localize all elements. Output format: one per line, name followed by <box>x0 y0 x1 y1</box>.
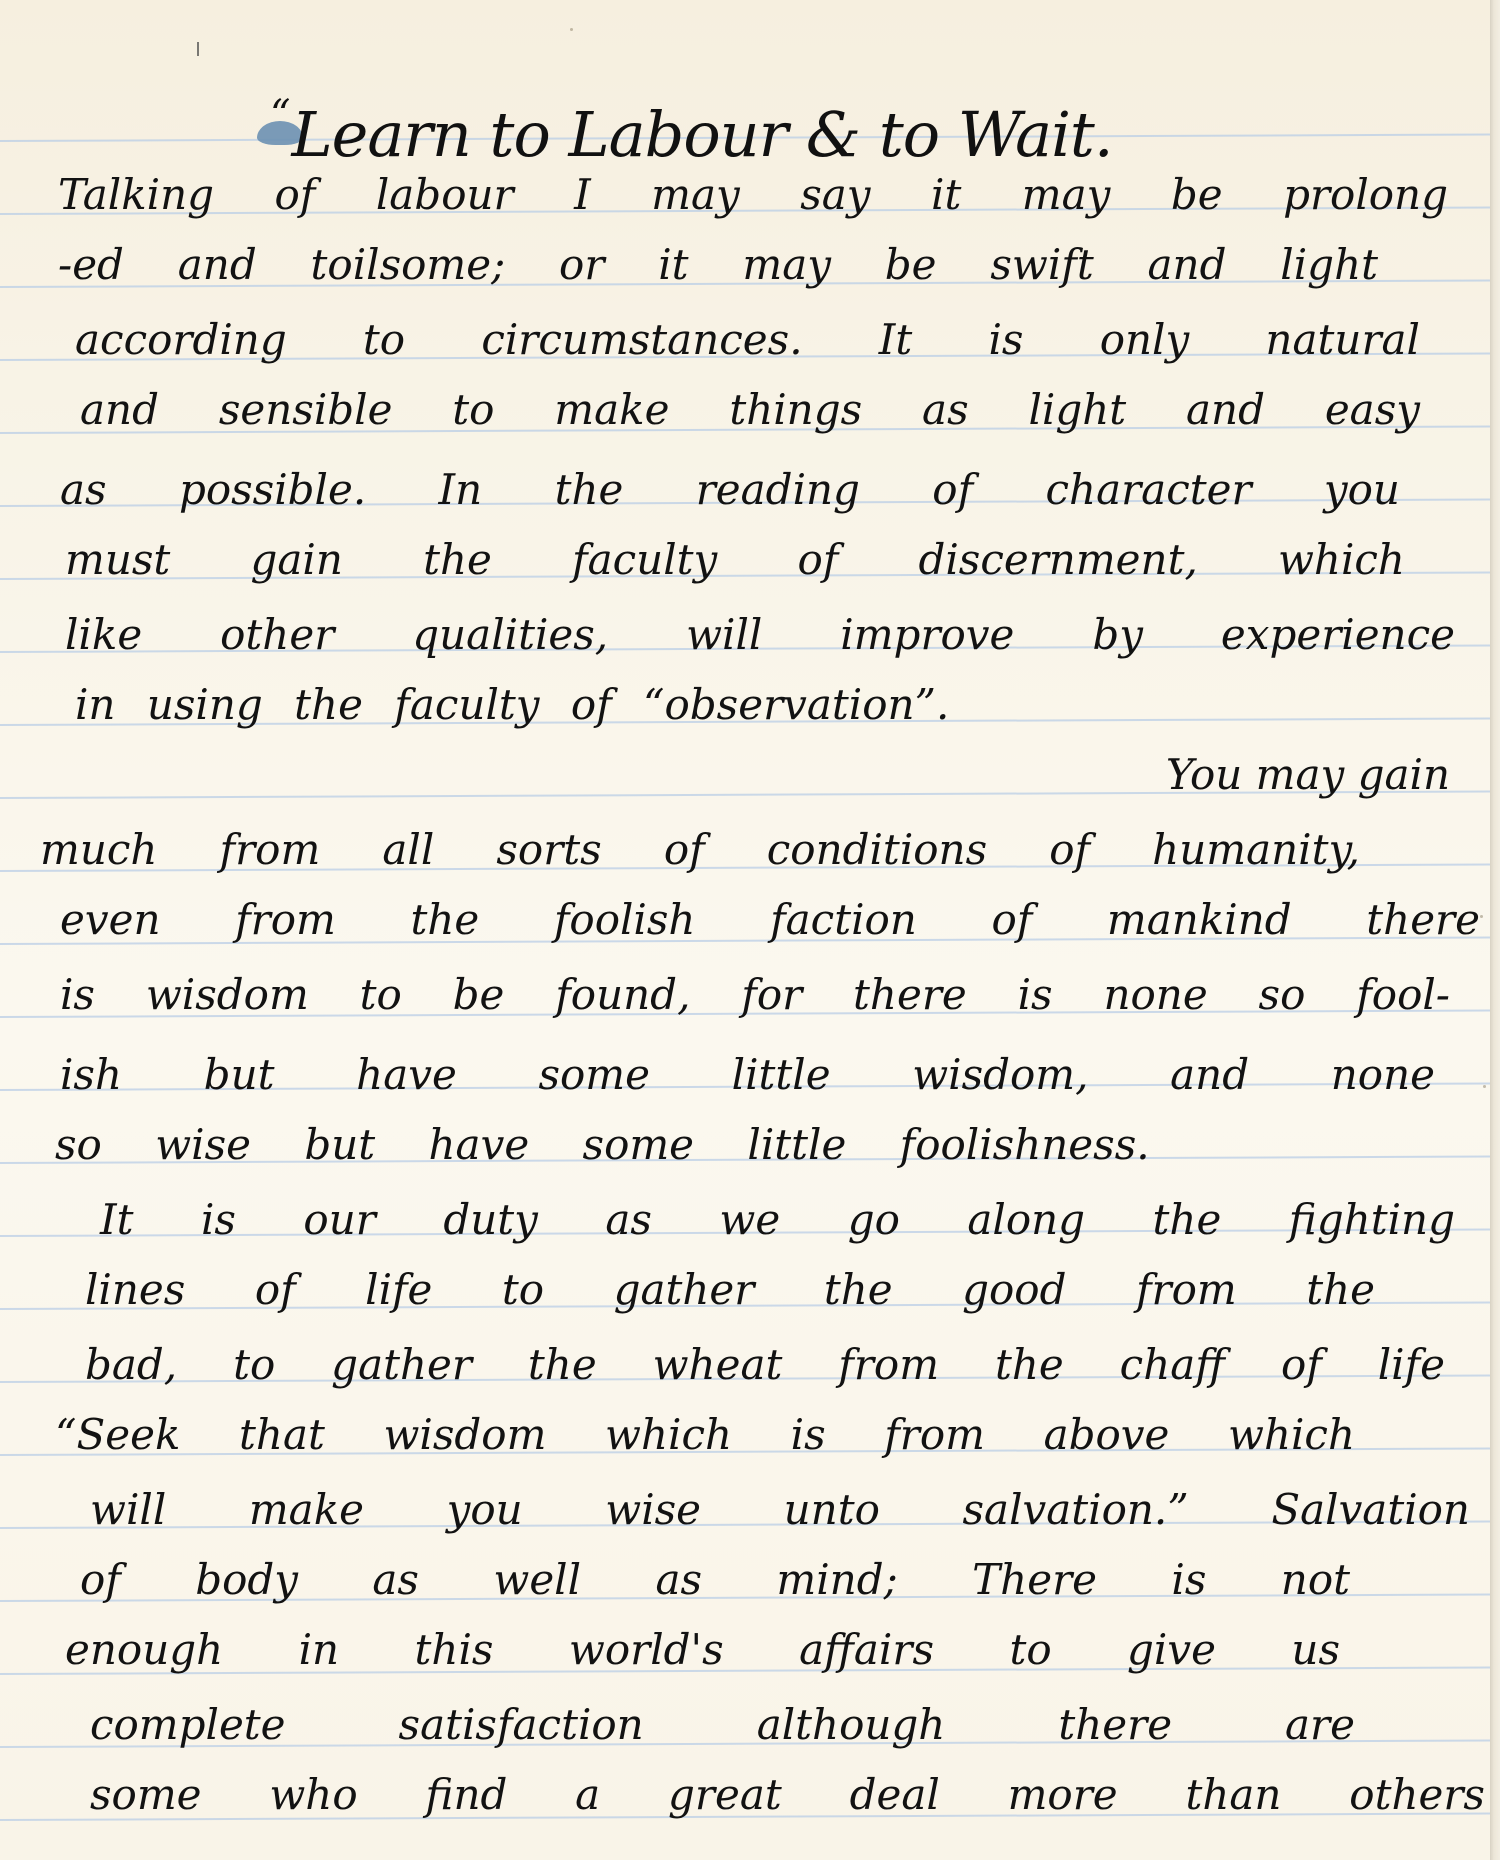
text-line: some who find a great deal more than oth… <box>90 1760 1485 1830</box>
text-line: much from all sorts of conditions of hum… <box>40 815 1360 885</box>
page-title: “Learn to Labour & to Wait. <box>270 70 1270 160</box>
page-edge <box>1490 0 1500 1860</box>
paper-speck <box>570 28 573 31</box>
text-line: like other qualities, will improve by ex… <box>65 600 1455 670</box>
text-line: of body as well as mind; There is not <box>80 1545 1350 1615</box>
text-line: bad, to gather the wheat from the chaff … <box>85 1330 1445 1400</box>
text-line: must gain the faculty of discernment, wh… <box>65 525 1405 595</box>
text-line: so wise but have some little foolishness… <box>55 1110 1355 1180</box>
pencil-mark <box>197 42 199 56</box>
text-line: “Seek that wisdom which is from above wh… <box>55 1400 1355 1470</box>
text-line: You may gain <box>1050 740 1450 810</box>
paper-speck <box>1480 915 1483 918</box>
text-line: even from the foolish faction of mankind… <box>60 885 1480 955</box>
text-line: Talking of labour I may say it may be pr… <box>58 160 1448 230</box>
text-line: lines of life to gather the good from th… <box>85 1255 1375 1325</box>
title-open-quote: “ <box>270 92 289 138</box>
paper-speck <box>1483 1085 1486 1088</box>
text-line: according to circumstances. It is only n… <box>75 305 1420 375</box>
text-line: as possible. In the reading of character… <box>60 455 1400 525</box>
text-line: It is our duty as we go along the fighti… <box>100 1185 1455 1255</box>
text-line: and sensible to make things as light and… <box>80 375 1420 445</box>
text-line: -ed and toilsome; or it may be swift and… <box>58 230 1378 300</box>
notebook-page: “Learn to Labour & to Wait. Talking of l… <box>0 0 1490 1860</box>
text-line: complete satisfaction although there are <box>90 1690 1355 1760</box>
text-line: is wisdom to be found, for there is none… <box>60 960 1450 1030</box>
text-line: will make you wise unto salvation.” Salv… <box>90 1475 1470 1545</box>
text-line: ish but have some little wisdom, and non… <box>60 1040 1435 1110</box>
text-line: in using the faculty of “observation”. <box>75 670 1175 740</box>
text-line: enough in this world's affairs to give u… <box>65 1615 1340 1685</box>
